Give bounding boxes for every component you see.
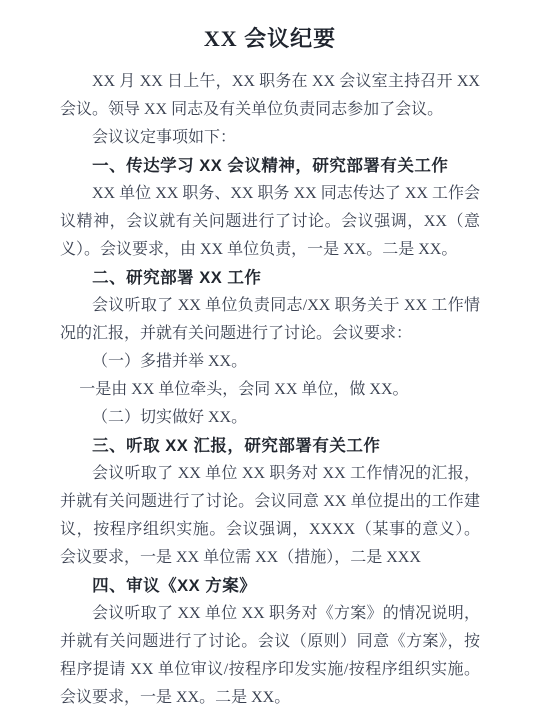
section-2-item-1-detail: 一是由 XX 单位牵头，会同 XX 单位，做 XX。 [60,376,480,404]
section-2-paragraph: 会议听取了 XX 单位负责同志/XX 职务关于 XX 工作情况的汇报，并就有关问… [60,292,480,348]
section-heading-3: 三、听取 XX 汇报，研究部署有关工作 [60,432,480,460]
document-title: XX 会议纪要 [60,24,480,54]
section-4-paragraph: 会议听取了 XX 单位 XX 职务对《方案》的情况说明，并就有关问题进行了讨论。… [60,600,480,706]
section-1-paragraph: XX 单位 XX 职务、XX 职务 XX 同志传达了 XX 工作会议精神，会议就… [60,180,480,264]
document-title-text: XX 会议纪要 [204,26,336,51]
intro-paragraph: XX 月 XX 日上午，XX 职务在 XX 会议室主持召开 XX 会议。领导 X… [60,68,480,124]
section-3-paragraph: 会议听取了 XX 单位 XX 职务对 XX 工作情况的汇报，并就有关问题进行了讨… [60,460,480,572]
document-page: XX 会议纪要 XX 月 XX 日上午，XX 职务在 XX 会议室主持召开 XX… [0,0,542,706]
section-2-item-2: （二）切实做好 XX。 [60,404,480,432]
section-2-item-1: （一）多措并举 XX。 [60,348,480,376]
section-heading-4: 四、审议《XX 方案》 [60,572,480,600]
agenda-lead-paragraph: 会议议定事项如下： [60,124,480,152]
section-heading-2: 二、研究部署 XX 工作 [60,264,480,292]
section-heading-1: 一、传达学习 XX 会议精神，研究部署有关工作 [60,152,480,180]
